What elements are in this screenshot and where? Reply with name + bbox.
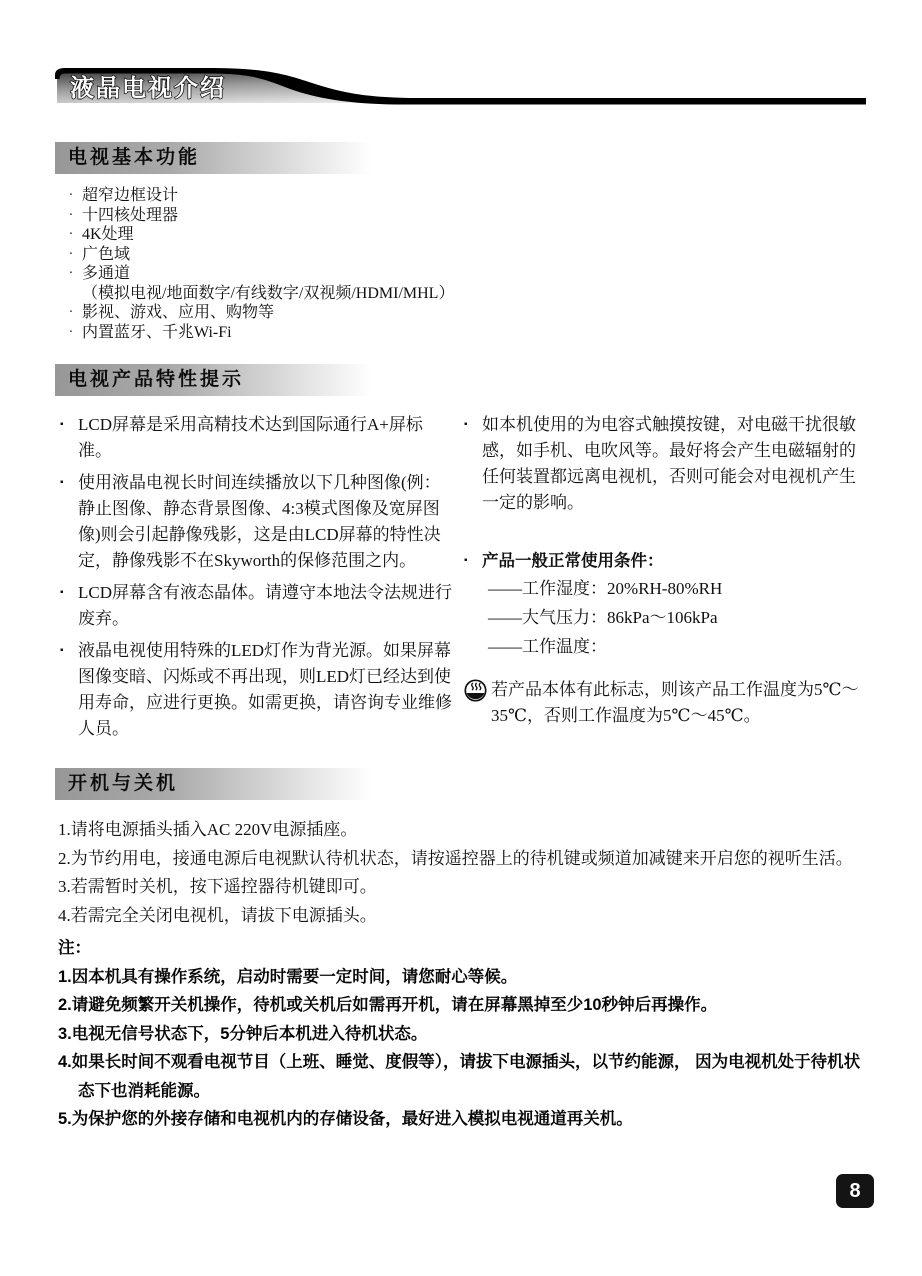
basic-feature-list: · 超窄边框设计 · 十四核处理器 · 4K处理 · 广色域 · 多通道 （模拟…: [60, 186, 865, 342]
bullet-square-icon: ▪: [60, 638, 78, 742]
bullet-square-icon: ▪: [464, 412, 482, 516]
notice-text: 使用液晶电视长时间连续播放以下几种图像(例：静止图像、静态背景图像、4:3模式图…: [78, 470, 454, 574]
notice-text: 如本机使用的为电容式触摸按键，对电磁干扰很敏感，如手机、电吹风等。最好将会产生电…: [482, 412, 865, 516]
bullet-dot-icon: ·: [60, 225, 82, 245]
section-header-basic-features: 电视基本功能: [55, 142, 385, 174]
power-note: 1.因本机具有操作系统，启动时需要一定时间，请您耐心等候。: [58, 963, 865, 992]
feature-text: 多通道: [82, 264, 130, 284]
temperature-note-text: 若产品本体有此标志，则该产品工作温度为5℃～35℃，否则工作温度为5℃～45℃。: [491, 677, 865, 729]
notes-label: 注：: [58, 934, 865, 963]
power-step: 3.若需暂时关机，按下遥控器待机键即可。: [58, 873, 865, 902]
list-item: · 影视、游戏、应用、购物等: [60, 303, 865, 323]
feature-text: 十四核处理器: [82, 206, 178, 226]
bullet-square-icon: ▪: [60, 412, 78, 464]
power-note: 5.为保护您的外接存储和电视机内的存储设备，最好进入模拟电视通道再关机。: [58, 1105, 865, 1134]
bullet-dot-icon: ·: [60, 303, 82, 323]
feature-text: 广色域: [82, 245, 130, 265]
feature-text: 内置蓝牙、千兆Wi-Fi: [82, 323, 232, 343]
section-header-product-notice: 电视产品特性提示: [55, 364, 385, 396]
bullet-dot-icon: ·: [60, 264, 82, 284]
notice-text: LCD屏幕是采用高精技术达到国际通行A+屏标准。: [78, 412, 454, 464]
power-note: 4.如果长时间不观看电视节目（上班、睡觉、度假等），请拔下电源插头，以节约能源，…: [58, 1048, 865, 1105]
list-item: · 广色域: [60, 245, 865, 265]
feature-text: 影视、游戏、应用、购物等: [82, 303, 274, 323]
temperature-limit-icon: [464, 677, 491, 729]
notice-right-column: ▪ 如本机使用的为电容式触摸按键，对电磁干扰很敏感，如手机、电吹风等。最好将会产…: [464, 412, 865, 748]
feature-text: 超窄边框设计: [82, 186, 178, 206]
condition-temperature: ——工作温度：: [488, 632, 865, 661]
bullet-square-icon: ▪: [464, 548, 482, 574]
notice-item: ▪ 使用液晶电视长时间连续播放以下几种图像(例：静止图像、静态背景图像、4:3模…: [60, 470, 454, 574]
list-item: · 内置蓝牙、千兆Wi-Fi: [60, 323, 865, 343]
bullet-dot-icon: ·: [60, 323, 82, 343]
notice-item: ▪ LCD屏幕是采用高精技术达到国际通行A+屏标准。: [60, 412, 454, 464]
bullet-dot-icon: ·: [60, 245, 82, 265]
usage-conditions-lines: ——工作湿度：20%RH-80%RH ——大气压力：86kPa～106kPa —…: [464, 574, 865, 661]
notice-item: ▪ 液晶电视使用特殊的LED灯作为背光源。如果屏幕图像变暗、闪烁或不再出现，则L…: [60, 638, 454, 742]
condition-humidity: ——工作湿度：20%RH-80%RH: [488, 574, 865, 603]
notice-text: LCD屏幕含有液态晶体。请遵守本地法令法规进行废弃。: [78, 580, 454, 632]
notice-text: 液晶电视使用特殊的LED灯作为背光源。如果屏幕图像变暗、闪烁或不再出现，则LED…: [78, 638, 454, 742]
chapter-banner: 液晶电视介绍: [55, 68, 868, 108]
power-notes: 注： 1.因本机具有操作系统，启动时需要一定时间，请您耐心等候。 2.请避免频繁…: [58, 934, 865, 1134]
notice-columns: ▪ LCD屏幕是采用高精技术达到国际通行A+屏标准。 ▪ 使用液晶电视长时间连续…: [55, 412, 865, 748]
power-steps: 1.请将电源插头插入AC 220V电源插座。 2.为节约用电，接通电源后电视默认…: [58, 816, 865, 930]
notice-item: ▪ 如本机使用的为电容式触摸按键，对电磁干扰很敏感，如手机、电吹风等。最好将会产…: [464, 412, 865, 516]
condition-pressure: ——大气压力：86kPa～106kPa: [488, 603, 865, 632]
bullet-square-icon: ▪: [60, 580, 78, 632]
manual-page: 液晶电视介绍 电视基本功能 · 超窄边框设计 · 十四核处理器 · 4K处理 ·…: [0, 0, 922, 1276]
bullet-dot-icon: ·: [60, 206, 82, 226]
notice-left-column: ▪ LCD屏幕是采用高精技术达到国际通行A+屏标准。 ▪ 使用液晶电视长时间连续…: [60, 412, 454, 748]
page-number-badge: 8: [836, 1174, 874, 1208]
feature-text: 4K处理: [82, 225, 134, 245]
feature-detail-text: （模拟电视/地面数字/有线数字/双视频/HDMI/MHL）: [60, 284, 865, 304]
power-note: 2.请避免频繁开关机操作，待机或关机后如需再开机，请在屏幕黑掉至少10秒钟后再操…: [58, 991, 865, 1020]
list-item: · 十四核处理器: [60, 206, 865, 226]
chapter-title: 液晶电视介绍: [70, 74, 226, 102]
section-header-power: 开机与关机: [55, 768, 385, 800]
bullet-dot-icon: ·: [60, 186, 82, 206]
usage-conditions-title-row: ▪ 产品一般正常使用条件：: [464, 548, 865, 574]
usage-conditions: ▪ 产品一般正常使用条件： ——工作湿度：20%RH-80%RH ——大气压力：…: [464, 548, 865, 661]
list-item: · 多通道: [60, 264, 865, 284]
usage-conditions-title: 产品一般正常使用条件：: [482, 548, 664, 574]
power-step: 4.若需完全关闭电视机，请拔下电源插头。: [58, 902, 865, 931]
list-item: · 超窄边框设计: [60, 186, 865, 206]
power-step: 1.请将电源插头插入AC 220V电源插座。: [58, 816, 865, 845]
bullet-square-icon: ▪: [60, 470, 78, 574]
temperature-note: 若产品本体有此标志，则该产品工作温度为5℃～35℃，否则工作温度为5℃～45℃。: [464, 677, 865, 729]
notice-item: ▪ LCD屏幕含有液态晶体。请遵守本地法令法规进行废弃。: [60, 580, 454, 632]
power-note: 3.电视无信号状态下，5分钟后本机进入待机状态。: [58, 1020, 865, 1049]
list-item: · 4K处理: [60, 225, 865, 245]
power-step: 2.为节约用电，接通电源后电视默认待机状态，请按遥控器上的待机键或频道加减键来开…: [58, 845, 865, 874]
